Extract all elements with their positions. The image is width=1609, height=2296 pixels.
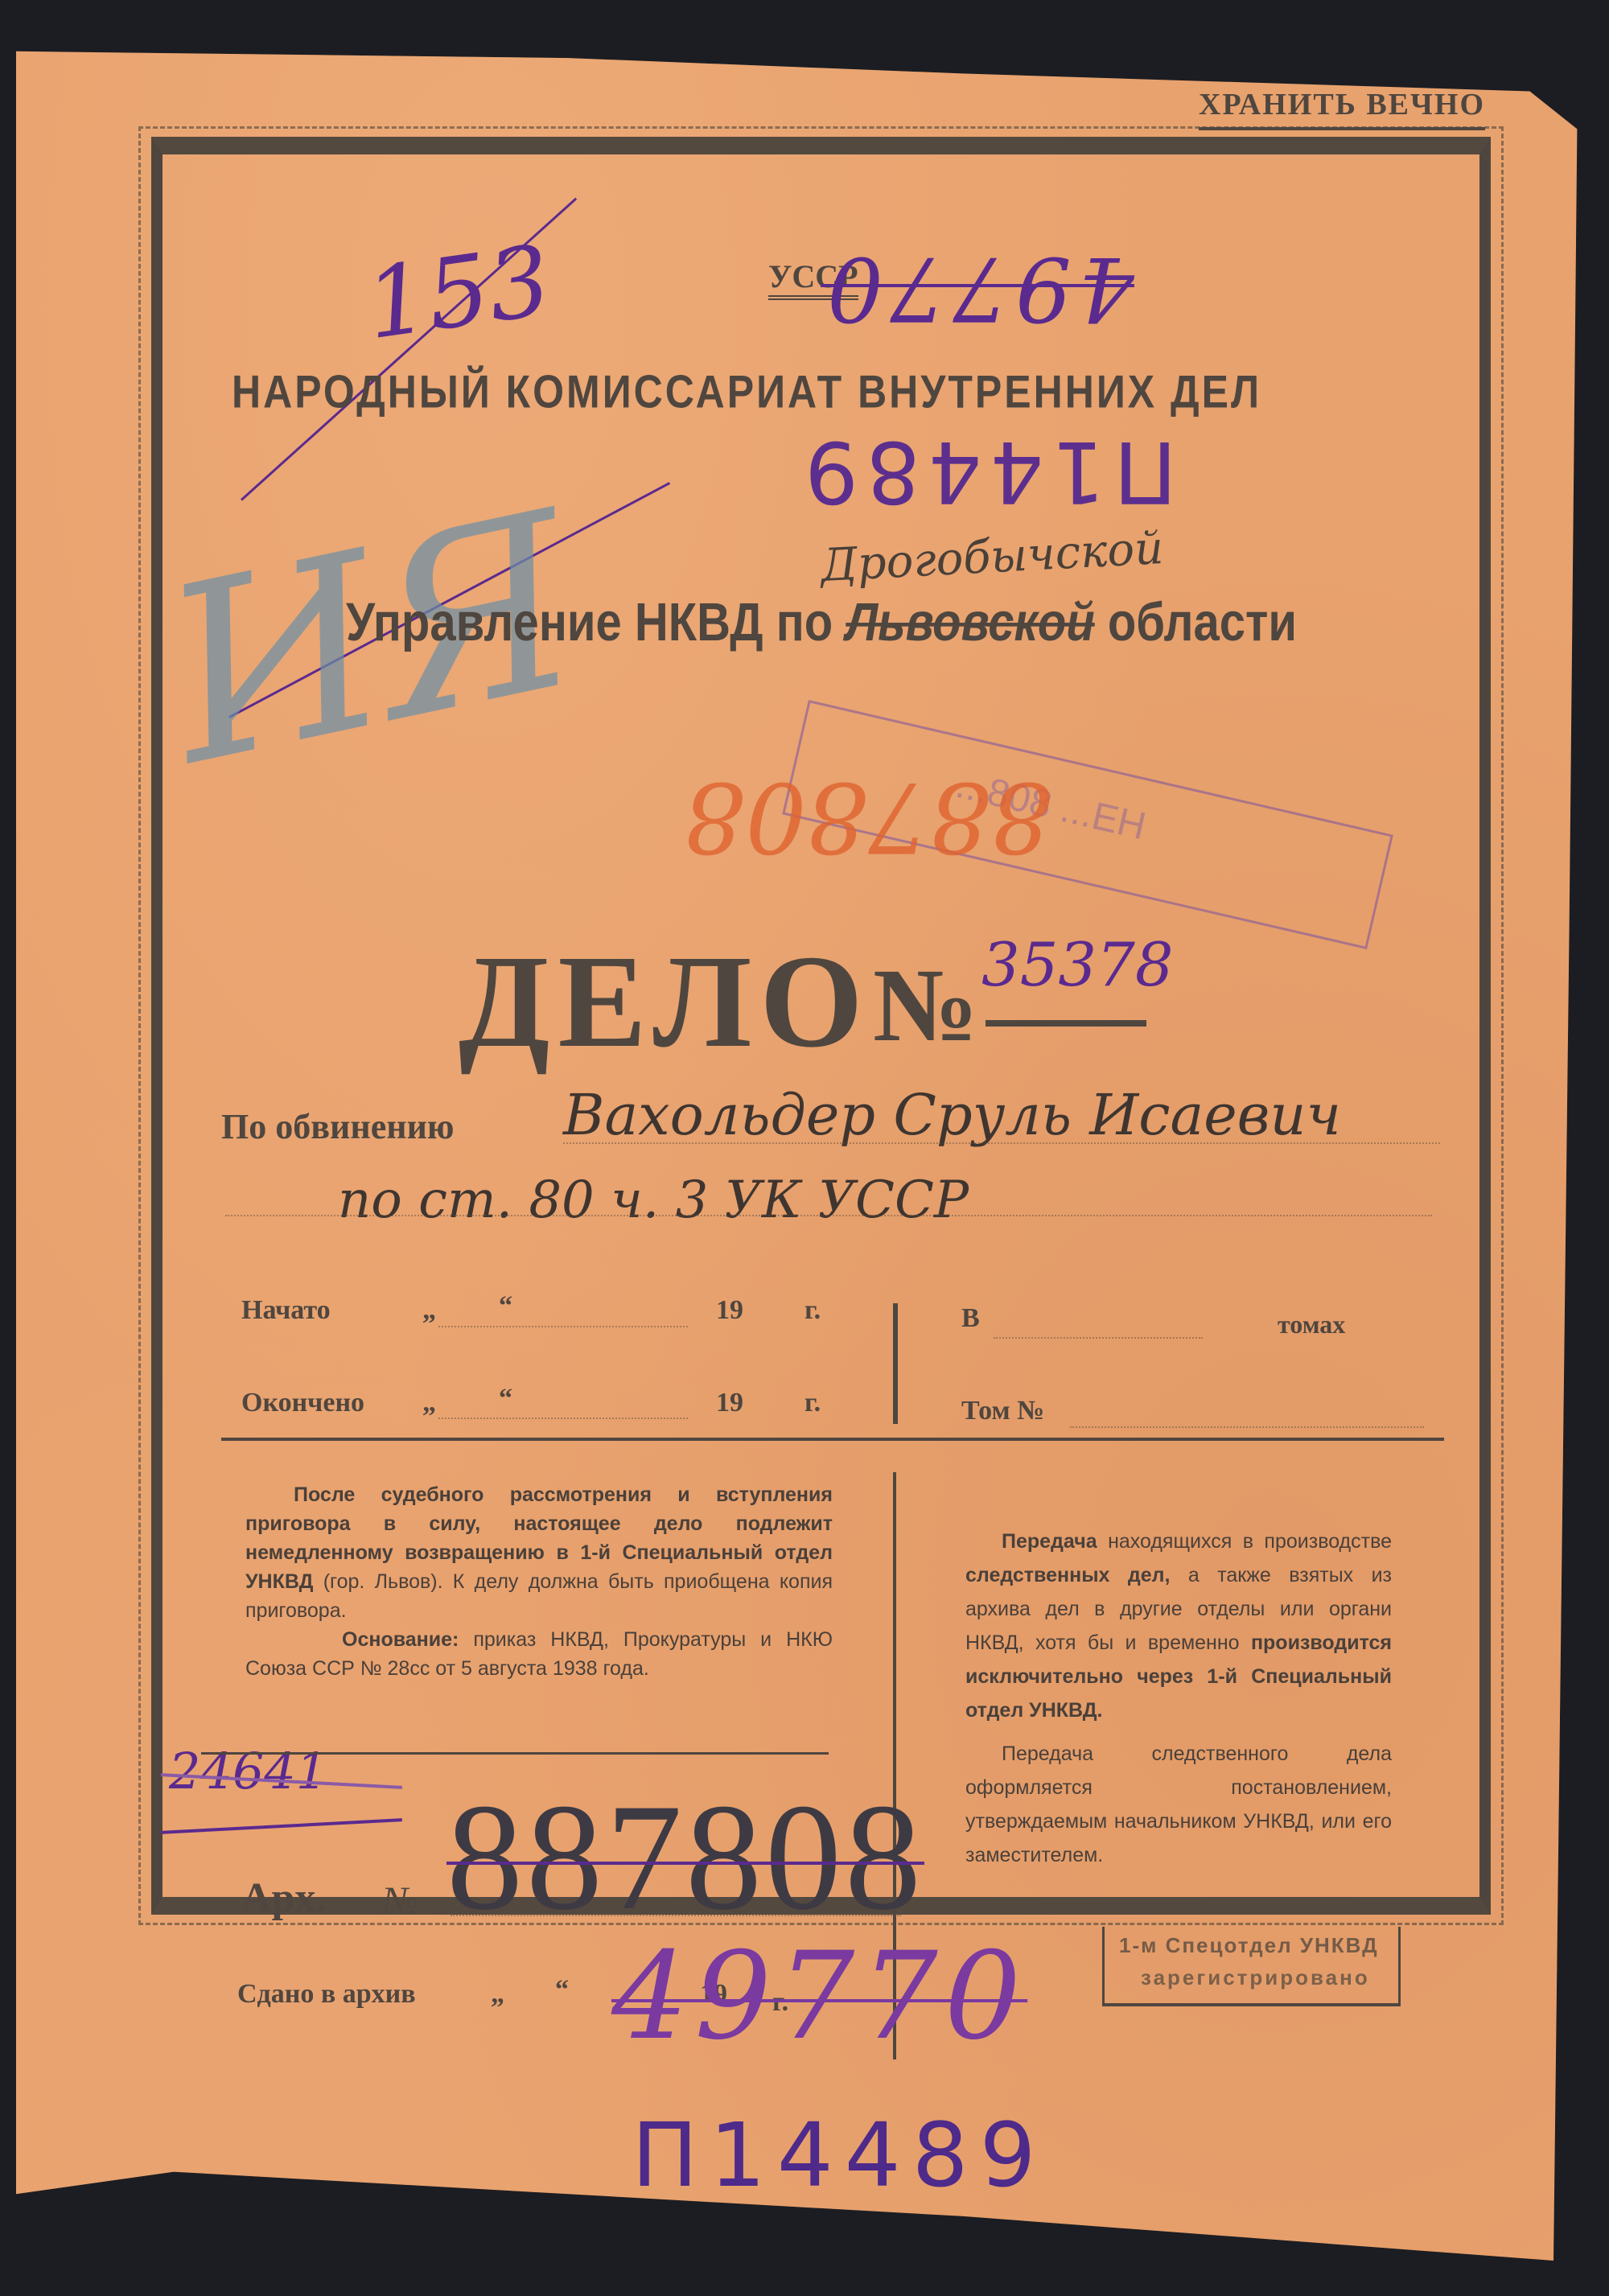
storage-mark: ХРАНИТЬ ВЕЧНО [1199, 87, 1485, 130]
ended-year-suffix: г. [804, 1388, 821, 1418]
notice-left: После судебного рассмотрения и вступлени… [245, 1480, 833, 1683]
ended-quote-close: “ [499, 1384, 512, 1414]
directorate-prefix: Управление НКВД по [346, 592, 833, 652]
ended-label: Окончено [241, 1388, 364, 1418]
archive-label: Арх. [241, 1874, 326, 1922]
directorate-line: Управление НКВД по Львовской области [346, 591, 1297, 653]
notice-left-rest: (гор. Львов). К делу должна быть приобще… [245, 1570, 833, 1622]
notice-left-basis-text: приказ НКВД, Прокуратуры и НКЮ Союза ССР… [245, 1628, 833, 1680]
volume-no-field[interactable] [1070, 1426, 1424, 1428]
submitted-label: Сдано в архив [237, 1979, 416, 2010]
submitted-quote-open: „ [491, 1979, 504, 2010]
charge-line-1 [563, 1142, 1440, 1144]
archive-number-sign: № [382, 1878, 418, 1923]
section-divider [221, 1438, 1444, 1441]
started-label: Начато [241, 1295, 331, 1326]
struck-number-top: 49770 [821, 237, 1134, 340]
ended-year: 19 [716, 1388, 743, 1418]
archive-number: 887808 [446, 1770, 924, 1945]
notice-right-text-1: находящихся в производстве [1097, 1530, 1392, 1553]
charge-article: по ст. 80 ч. 3 УК УССР [338, 1171, 969, 1230]
volumes-prefix: В [961, 1303, 980, 1334]
case-number: 35378 [981, 929, 1174, 1000]
bottom-stamp-number: П14489 [632, 2104, 1047, 2207]
directorate-suffix: области [1108, 592, 1297, 652]
accused-name: Вахольдер Сруль Исаевич [563, 1082, 1341, 1148]
charge-label: По обвинению [221, 1106, 455, 1147]
red-pencil-number: 887808 [684, 760, 1052, 872]
notice-right-bold-1: Передача [1002, 1530, 1097, 1553]
case-number-underline [986, 1020, 1146, 1027]
volume-no-label: Том № [961, 1396, 1044, 1426]
charge-line-2 [225, 1215, 1432, 1216]
archive-number-field[interactable] [451, 1915, 901, 1916]
started-year-suffix: г. [804, 1295, 821, 1326]
volumes-suffix: томах [1278, 1310, 1345, 1339]
submitted-quote-close: “ [555, 1975, 569, 2006]
ended-quote-open: „ [422, 1388, 436, 1418]
ended-day-field[interactable] [438, 1418, 688, 1419]
archive-old-number: 24641 [169, 1742, 327, 1800]
directorate-region-struck: Львовской [846, 592, 1094, 652]
case-title: ДЕЛО [459, 925, 871, 1078]
notice-right-p2: Передача следственного дела оформляется … [965, 1737, 1392, 1872]
archive-top-rule [201, 1752, 829, 1755]
case-number-sign: № [873, 945, 978, 1066]
registration-stamp-line2: зарегистрировано [1141, 1965, 1370, 1990]
started-day-field[interactable] [438, 1326, 688, 1327]
inverted-stamp-number: П14489 [796, 422, 1177, 521]
volumes-field[interactable] [994, 1337, 1203, 1339]
registration-stamp-line1: 1-м Спецотдел УНКВД [1119, 1933, 1379, 1958]
dates-divider [893, 1303, 898, 1424]
notice-right: Передача находящихся в производстве след… [965, 1524, 1392, 1872]
agency-title: НАРОДНЫЙ КОМИССАРИАТ ВНУТРЕННИХ ДЕЛ [232, 365, 1261, 419]
notice-left-basis-label: Основание: [342, 1628, 459, 1651]
started-quote-close: “ [499, 1291, 512, 1322]
started-quote-open: „ [422, 1295, 436, 1326]
submitted-handwritten-number: 49770 [611, 1927, 1027, 2067]
notice-right-bold-2: следственных дел, [965, 1564, 1170, 1586]
started-year: 19 [716, 1295, 743, 1326]
registration-stamp: 1-м Спецотдел УНКВД зарегистрировано [1102, 1927, 1401, 2006]
